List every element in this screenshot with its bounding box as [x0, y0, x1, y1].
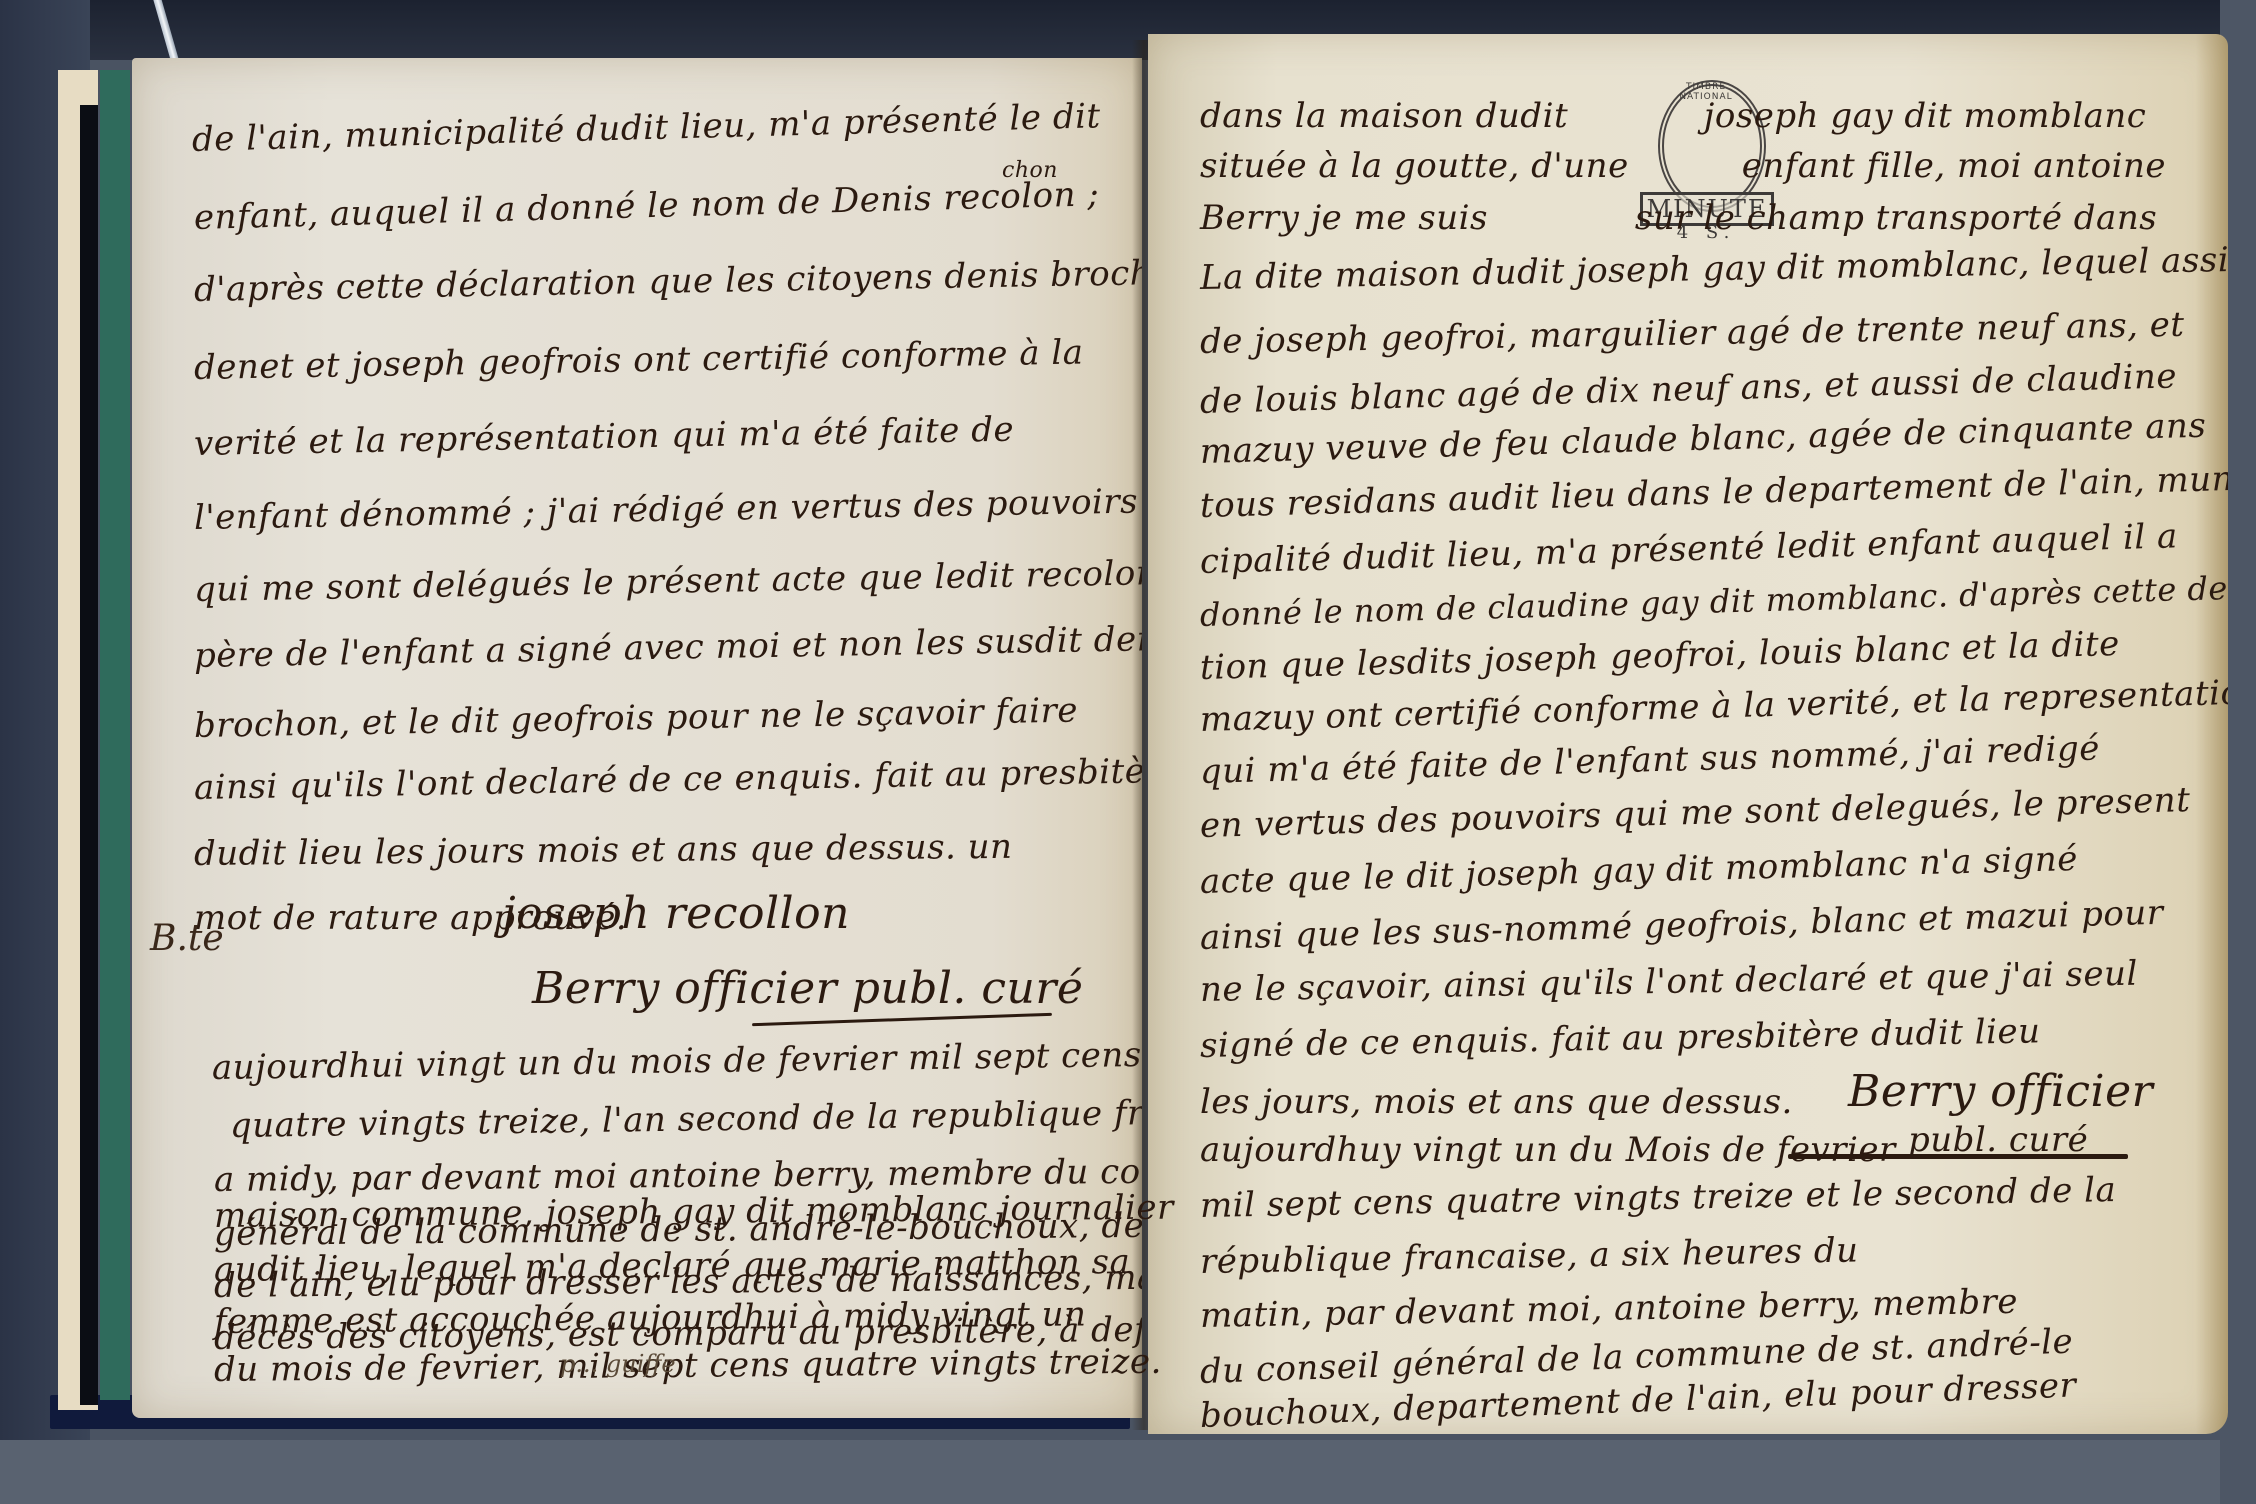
manuscript-line: ne le sçavoir, ainsi qu'ils l'ont declar…: [1200, 954, 2138, 1010]
manuscript-line: de l'ain, municipalité dudit lieu, m'a p…: [191, 96, 1101, 160]
manuscript-line: de joseph geofroi, marguilier agé de tre…: [1200, 305, 2185, 362]
manuscript-line: denet et joseph geofrois ont certifié co…: [194, 332, 1084, 388]
margin-note-baptism: B.te: [150, 918, 224, 959]
manuscript-line: audit lieu, lequel m'a declaré que marie…: [214, 1242, 1131, 1290]
manuscript-line: dans la maison dudit joseph gay dit momb…: [1200, 96, 2146, 136]
right-page: TIMBRE NATIONAL MINUTE 4 S. dans la mais…: [1148, 34, 2228, 1434]
manuscript-line: acte que le dit joseph gay dit momblanc …: [1199, 839, 2078, 902]
manuscript-line: cipalité dudit lieu, m'a présenté ledit …: [1199, 516, 2178, 582]
bleed-through-text: p... guiffe: [560, 1350, 676, 1378]
binding-spine-shadow: [80, 105, 98, 1405]
manuscript-line: quatre vingts treize, l'an second de la …: [230, 1091, 1142, 1146]
manuscript-line: mil sept cens quatre vingts treize et le…: [1200, 1170, 2117, 1226]
manuscript-line: maison commune, joseph gay dit momblanc …: [214, 1188, 1174, 1236]
manuscript-line: d'après cette déclaration que les citoye…: [194, 253, 1142, 310]
manuscript-line: brochon, et le dit geofrois pour ne le s…: [194, 691, 1079, 746]
manuscript-line: tous residans audit lieu dans le departe…: [1199, 458, 2228, 526]
manuscript-line: ainsi que les sus-nommé geofrois, blanc …: [1199, 893, 2164, 958]
binding-green-cloth: [100, 70, 130, 1400]
manuscript-line: située à la goutte, d'une enfant fille, …: [1200, 146, 2166, 186]
manuscript-line: ainsi qu'ils l'ont declaré de ce enquis.…: [194, 751, 1142, 808]
manuscript-line: aujourdhui vingt un du mois de fevrier m…: [212, 1035, 1142, 1088]
manuscript-line: tion que lesdits joseph geofroi, louis b…: [1199, 624, 2120, 688]
interlinear-correction: chon: [1002, 158, 1058, 183]
manuscript-line: signé de ce enquis. fait au presbitère d…: [1200, 1011, 2041, 1066]
manuscript-line: dudit lieu les jours mois et ans que des…: [194, 827, 1013, 874]
signature-joseph-recollon: joseph recollon: [502, 888, 850, 939]
manuscript-line: en vertus des pouvoirs qui me sont deleg…: [1199, 780, 2190, 846]
manuscript-line: qui me sont delégués le présent acte que…: [194, 553, 1142, 610]
manuscript-line: La dite maison dudit joseph gay dit momb…: [1200, 239, 2228, 298]
signature-flourish: [752, 1013, 1052, 1026]
manuscript-line: les jours, mois et ans que dessus.: [1200, 1082, 1793, 1122]
signature-berry-officier: Berry officier publ. curé: [532, 963, 1083, 1014]
background-table-surface: [0, 1440, 2256, 1504]
manuscript-line: république francaise, a six heures du: [1200, 1231, 1859, 1282]
manuscript-line: enfant, auquel il a donné le nom de Deni…: [193, 174, 1099, 238]
manuscript-line: qui m'a été faite de l'enfant sus nommé,…: [1199, 728, 2100, 792]
manuscript-line: femme est accouchée aujourdhui à midy vi…: [214, 1294, 1087, 1342]
manuscript-line: père de l'enfant a signé avec moi et non…: [194, 619, 1142, 676]
manuscript-line: verité et la représentation qui m'a été …: [194, 410, 1015, 464]
manuscript-line: du mois de fevrier, mil sept cens quatre…: [214, 1342, 1162, 1390]
manuscript-line: Berry je me suis sur le champ transporté…: [1200, 198, 2157, 238]
manuscript-line: aujourdhuy vingt un du Mois de fevrier: [1200, 1130, 1896, 1170]
signature-berry-officier: Berry officier: [1848, 1066, 2153, 1117]
manuscript-line: l'enfant dénommé ; j'ai rédigé en vertus…: [194, 482, 1139, 538]
